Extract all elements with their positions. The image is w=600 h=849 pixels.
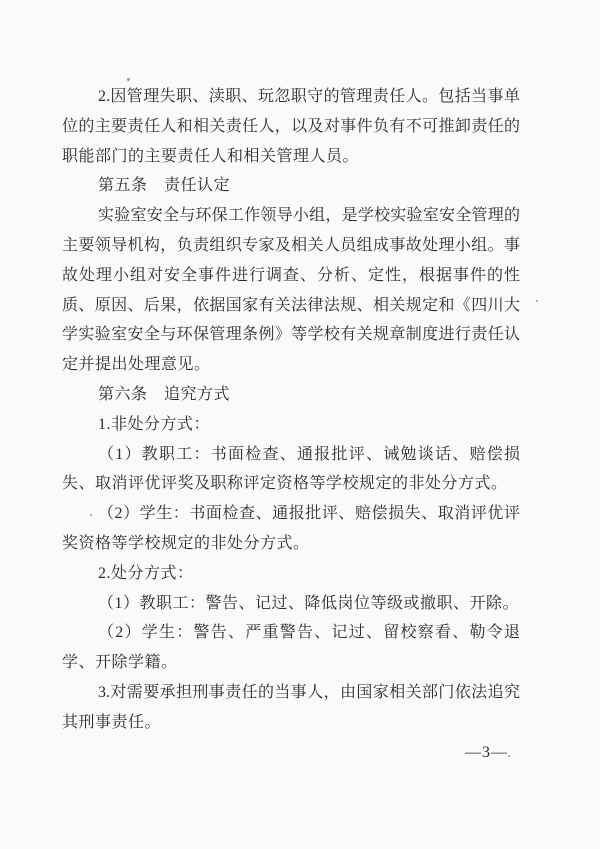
text-line: 3.对需要承担刑事责任的当事人，由国家相关部门依法追究 bbox=[62, 678, 520, 708]
text-line: 2.处分方式： bbox=[62, 559, 520, 589]
text-line: 职能部门的主要责任人和相关管理人员。 bbox=[62, 142, 520, 172]
document-body: 2.因管理失职、渎职、玩忽职守的管理责任人。包括当事单位的主要责任人和相关责任人… bbox=[62, 82, 520, 738]
text-line: 第六条 追究方式 bbox=[62, 380, 520, 410]
text-line: 主要领导机构，负责组织专家及相关人员组成事故处理小组。事 bbox=[62, 231, 520, 261]
text-line: 其刑事责任。 bbox=[62, 708, 520, 738]
page-number: —3— bbox=[465, 744, 508, 762]
text-line: 失、取消评优评奖及职称评定资格等学校规定的非处分方式。 bbox=[62, 469, 520, 499]
text-line: 2.因管理失职、渎职、玩忽职守的管理责任人。包括当事单 bbox=[62, 82, 520, 112]
text-line: 第五条 责任认定 bbox=[62, 171, 520, 201]
text-line: 位的主要责任人和相关责任人，以及对事件负有不可推卸责任的 bbox=[62, 112, 520, 142]
text-line: 1.非处分方式： bbox=[62, 410, 520, 440]
scan-speck bbox=[90, 514, 92, 516]
text-line: （1）教职工：书面检查、通报批评、诫勉谈话、赔偿损 bbox=[62, 440, 520, 470]
scan-speck bbox=[508, 755, 510, 757]
text-line: 实验室安全与环保工作领导小组，是学校实验室安全管理的 bbox=[62, 201, 520, 231]
text-line: 故处理小组对安全事件进行调查、分析、定性，根据事件的性 bbox=[62, 261, 520, 291]
text-line: 定并提出处理意见。 bbox=[62, 350, 520, 380]
document-page: 2.因管理失职、渎职、玩忽职守的管理责任人。包括当事单位的主要责任人和相关责任人… bbox=[0, 0, 600, 849]
scan-speck bbox=[536, 300, 538, 302]
text-line: （1）教职工：警告、记过、降低岗位等级或撤职、开除。 bbox=[62, 589, 520, 619]
text-line: （2）学生：警告、严重警告、记过、留校察看、勒令退 bbox=[62, 618, 520, 648]
text-line: 学实验室安全与环保管理条例》等学校有关规章制度进行责任认 bbox=[62, 320, 520, 350]
text-line: 奖资格等学校规定的非处分方式。 bbox=[62, 529, 520, 559]
text-line: 学、开除学籍。 bbox=[62, 648, 520, 678]
scan-speck bbox=[127, 78, 130, 81]
text-line: 质、原因、后果，依据国家有关法律法规、相关规定和《四川大 bbox=[62, 291, 520, 321]
text-line: （2）学生：书面检查、通报批评、赔偿损失、取消评优评 bbox=[62, 499, 520, 529]
